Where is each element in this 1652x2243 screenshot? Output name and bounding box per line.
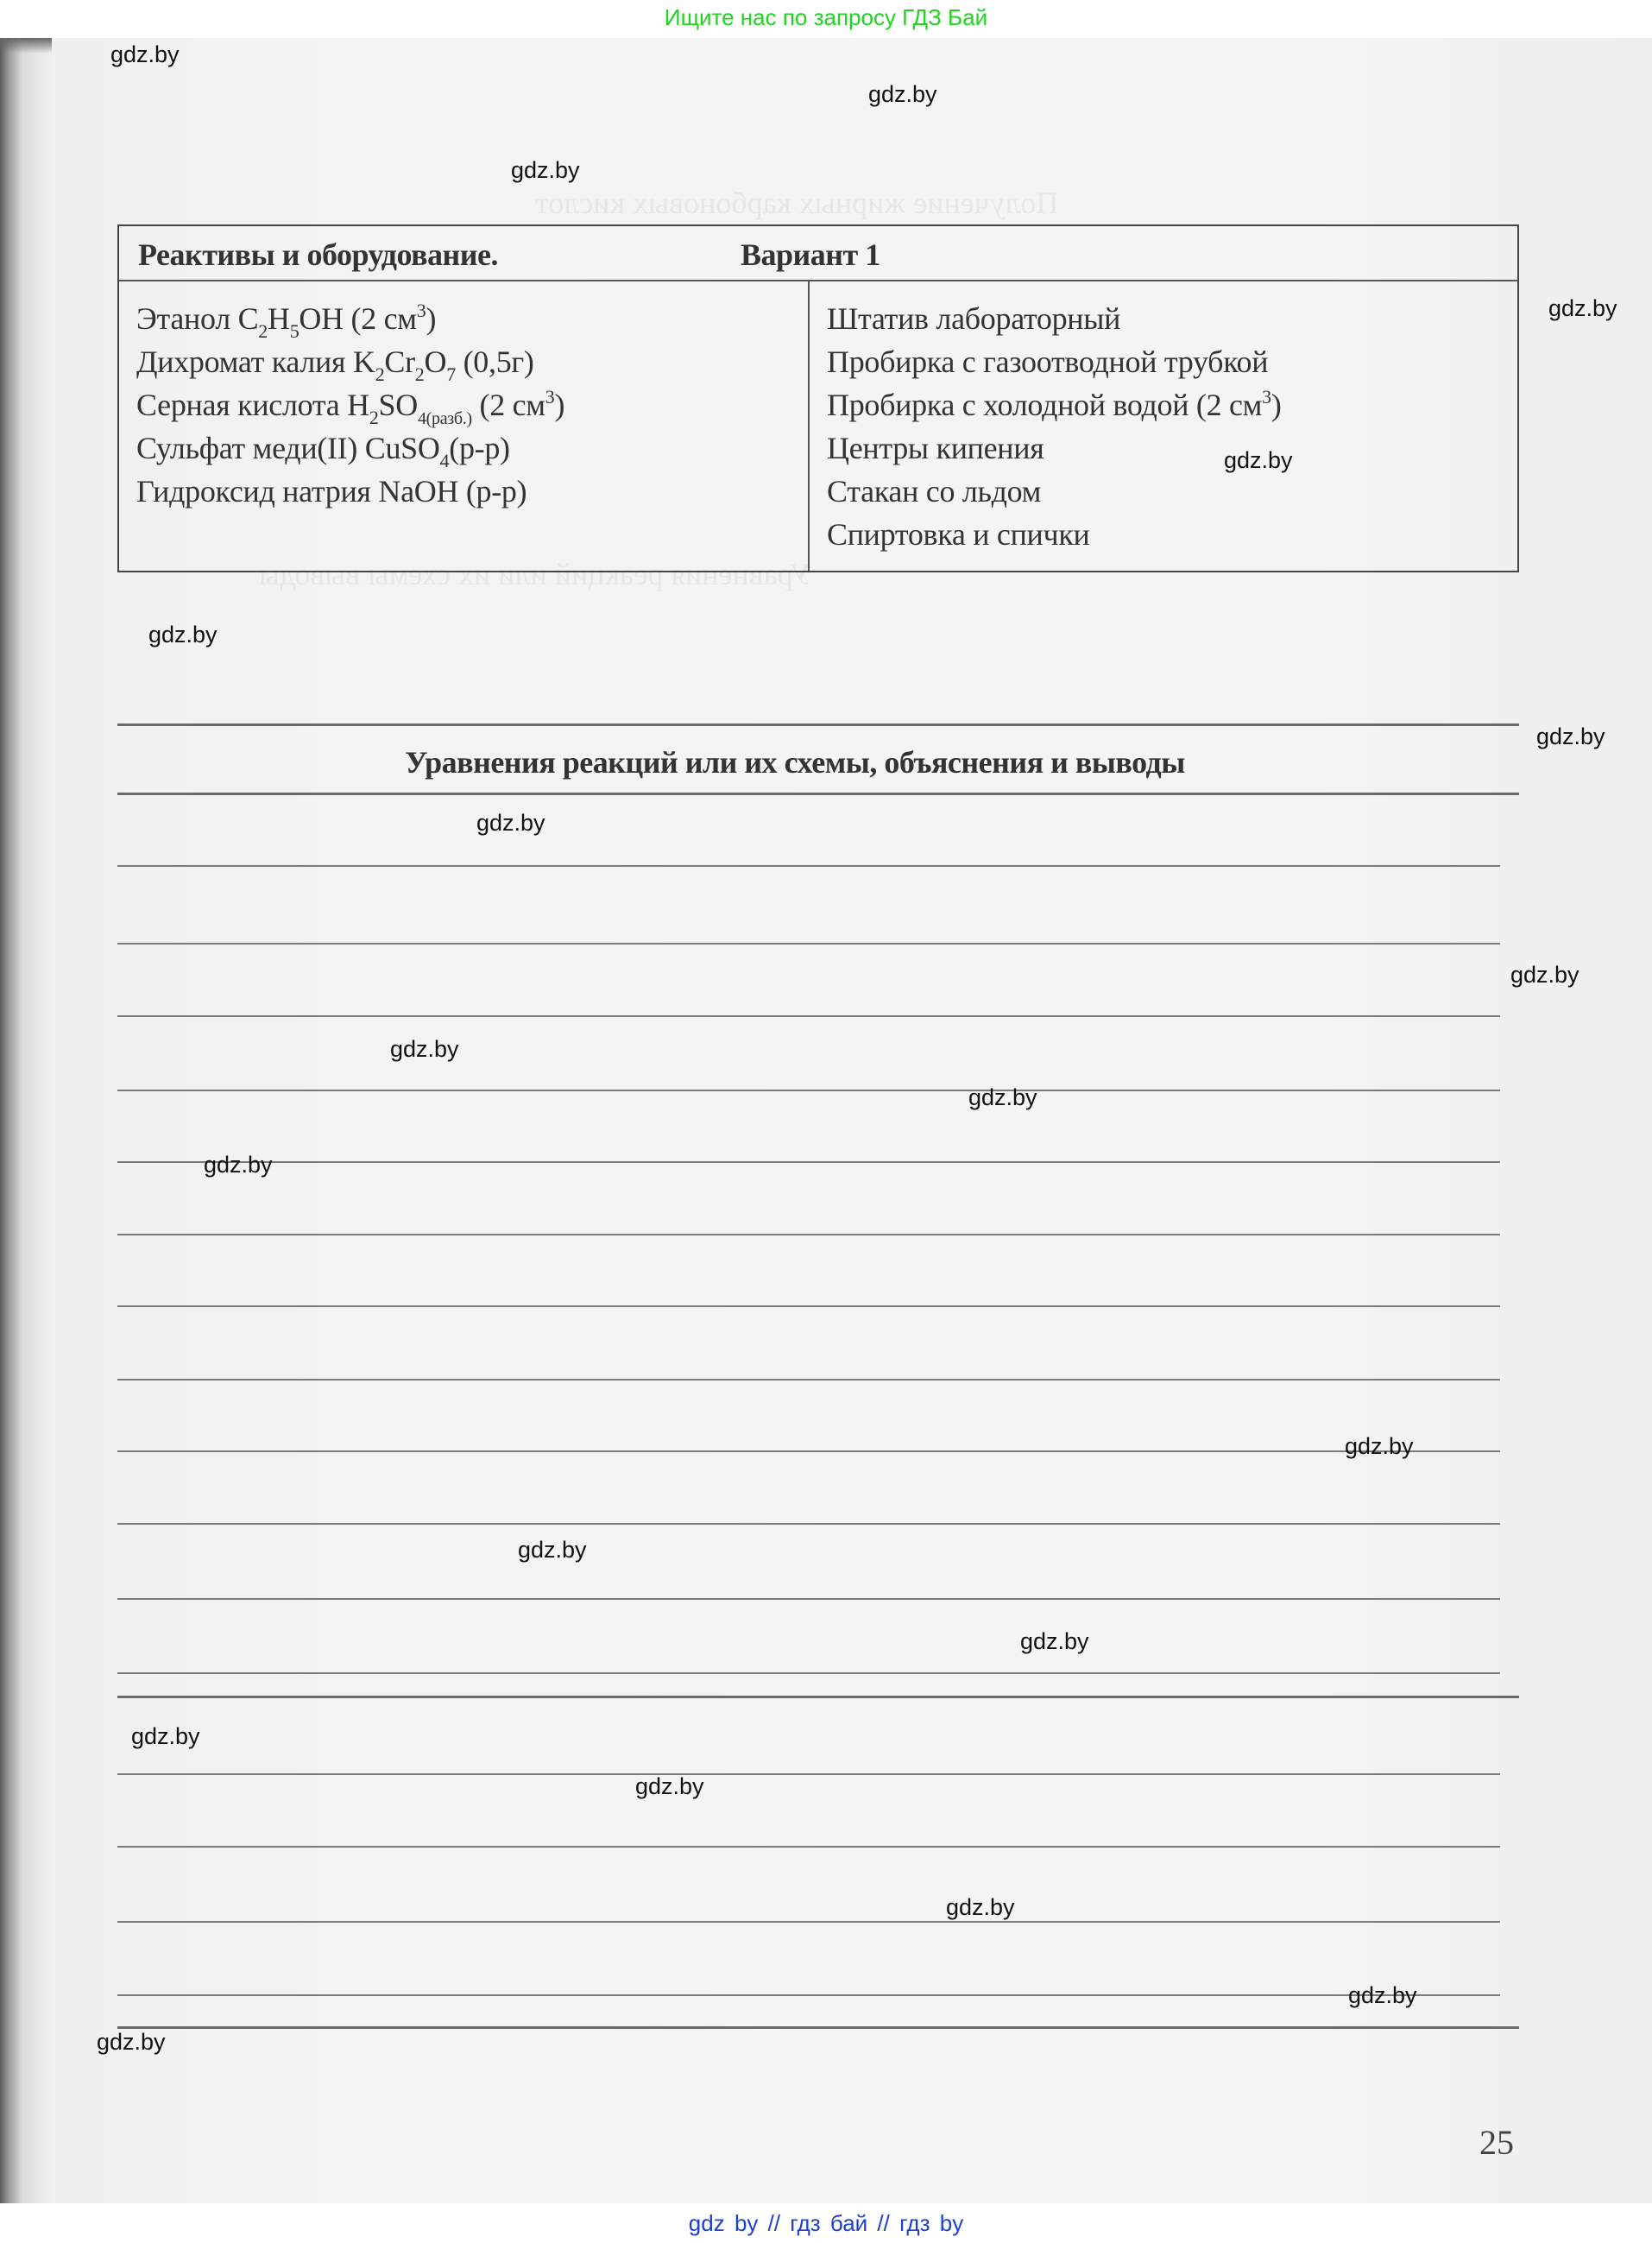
reagents-table: Реактивы и оборудование. Вариант 1 Этано…: [117, 224, 1519, 572]
equipment-item: Пробирка с газоотводной трубкой: [827, 340, 1282, 383]
table-header: Реактивы и оборудование. Вариант 1: [119, 226, 1517, 281]
watermark: gdz.by: [946, 1894, 1015, 1921]
watermark: gdz.by: [1348, 1982, 1417, 2009]
footer-banner: gdz by // гдз бай // гдз by: [0, 2203, 1652, 2243]
watermark: gdz.by: [968, 1084, 1037, 1111]
reagents-list: Этанол C2H5OH (2 см3)Дихромат калия K2Cr…: [136, 297, 564, 513]
answer-line: [117, 1994, 1500, 1996]
watermark: gdz.by: [1548, 295, 1617, 322]
equipment-item: Спиртовка и спички: [827, 513, 1282, 556]
answer-line: [117, 1305, 1500, 1307]
answer-line: [117, 1598, 1500, 1600]
watermark: gdz.by: [1536, 723, 1605, 750]
reagents-header: Реактивы и оборудование.: [138, 237, 498, 273]
ruled-line: [117, 793, 1519, 795]
banner-text: Ищите нас по запросу ГДЗ Бай: [665, 4, 987, 30]
equipment-list: Штатив лабораторныйПробирка с газоотводн…: [827, 297, 1282, 556]
answer-line: [117, 1234, 1500, 1235]
watermark: gdz.by: [518, 1537, 587, 1564]
watermark: gdz.by: [1510, 962, 1579, 989]
watermark: gdz.by: [635, 1773, 704, 1800]
watermark: gdz.by: [204, 1152, 273, 1178]
answer-line: [117, 1015, 1500, 1017]
ruled-line: [117, 723, 1519, 726]
ruled-line: [117, 1696, 1519, 1698]
footer-text: gdz by // гдз бай // гдз by: [689, 2210, 963, 2236]
answer-line: [117, 1523, 1500, 1525]
watermark: gdz.by: [476, 810, 545, 837]
equipment-item: Штатив лабораторный: [827, 297, 1282, 340]
section-heading: Уравнения реакций или их схемы, объяснен…: [0, 744, 1652, 780]
answer-line: [117, 1379, 1500, 1381]
answer-line: [117, 1672, 1500, 1674]
watermark: gdz.by: [131, 1723, 200, 1750]
watermark: gdz.by: [110, 41, 180, 68]
watermark: gdz.by: [97, 2029, 166, 2056]
ruled-line: [117, 2026, 1519, 2029]
bleed-through-text: Получение жирных карбоновых кислот: [535, 185, 1058, 221]
watermark: gdz.by: [148, 622, 218, 648]
equipment-item: Пробирка с холодной водой (2 см3): [827, 383, 1282, 426]
reagent-item: Сульфат меди(II) CuSO4(р-р): [136, 426, 564, 470]
equipment-item: Стакан со льдом: [827, 470, 1282, 513]
answer-line: [117, 943, 1500, 945]
watermark: gdz.by: [868, 81, 937, 108]
reagent-item: Гидроксид натрия NaOH (р-р): [136, 470, 564, 513]
reagent-item: Серная кислота H2SO4(разб.) (2 см3): [136, 383, 564, 426]
reagent-item: Дихромат калия K2Cr2O7 (0,5г): [136, 340, 564, 383]
answer-line: [117, 1773, 1500, 1775]
watermark: gdz.by: [511, 157, 580, 184]
answer-line: [117, 865, 1500, 867]
answer-line: [117, 1090, 1500, 1091]
search-banner: Ищите нас по запросу ГДЗ Бай: [0, 0, 1652, 38]
answer-line: [117, 1921, 1500, 1923]
watermark: gdz.by: [1224, 447, 1293, 474]
column-divider: [808, 280, 810, 571]
equipment-item: Центры кипения: [827, 426, 1282, 470]
page-number: 25: [1479, 2122, 1514, 2163]
answer-line: [117, 1846, 1500, 1848]
workbook-page: Получение жирных карбоновых кислот Уравн…: [0, 38, 1652, 2203]
watermark: gdz.by: [390, 1036, 459, 1063]
answer-line: [117, 1161, 1500, 1163]
variant-label: Вариант 1: [741, 237, 880, 273]
answer-line: [117, 1450, 1500, 1452]
reagent-item: Этанол C2H5OH (2 см3): [136, 297, 564, 340]
watermark: gdz.by: [1345, 1433, 1414, 1460]
watermark: gdz.by: [1020, 1628, 1089, 1655]
